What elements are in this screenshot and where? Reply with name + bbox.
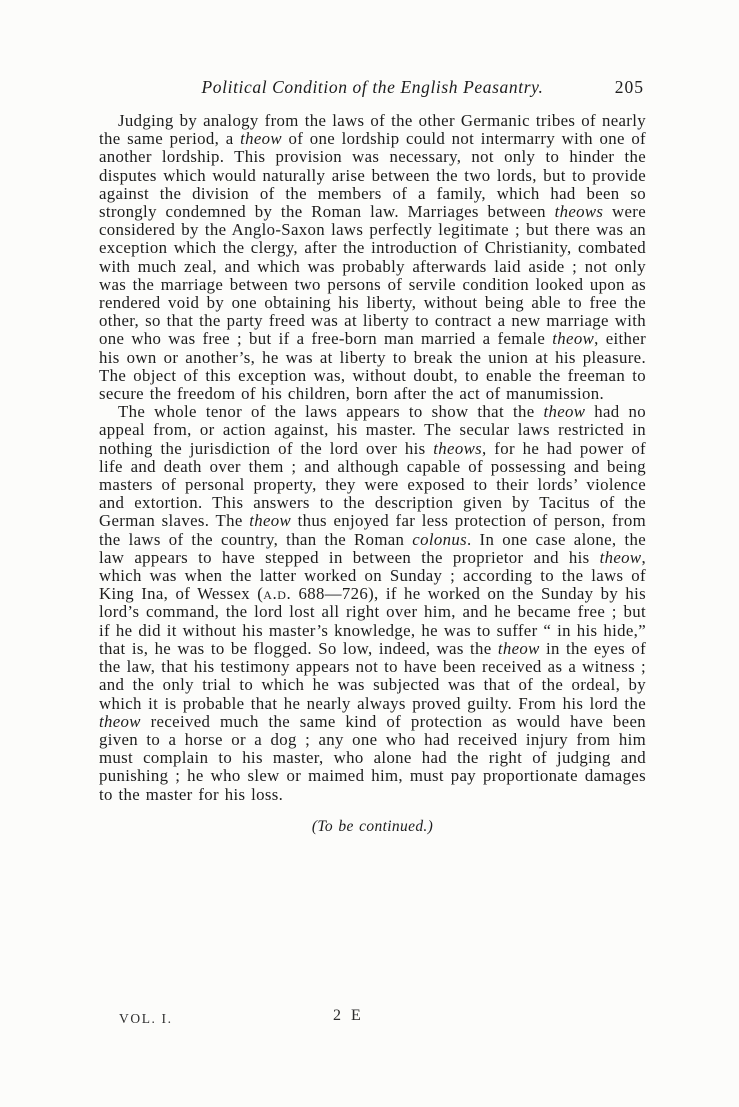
running-header-title: Political Condition of the English Peasa… [202,77,544,97]
running-header: Political Condition of the English Peasa… [99,77,646,98]
page-number: 205 [615,77,644,98]
footer-signature-mark: 2 E [333,1007,364,1025]
paragraph-1: Judging by analogy from the laws of the … [99,112,646,403]
continuation-note: (To be continued.) [99,818,646,836]
article-body: Judging by analogy from the laws of the … [99,112,646,836]
footer-volume-label: VOL. I. [119,1011,173,1027]
scanned-book-page: Political Condition of the English Peasa… [0,0,739,1107]
paragraph-2: The whole tenor of the laws appears to s… [99,403,646,803]
